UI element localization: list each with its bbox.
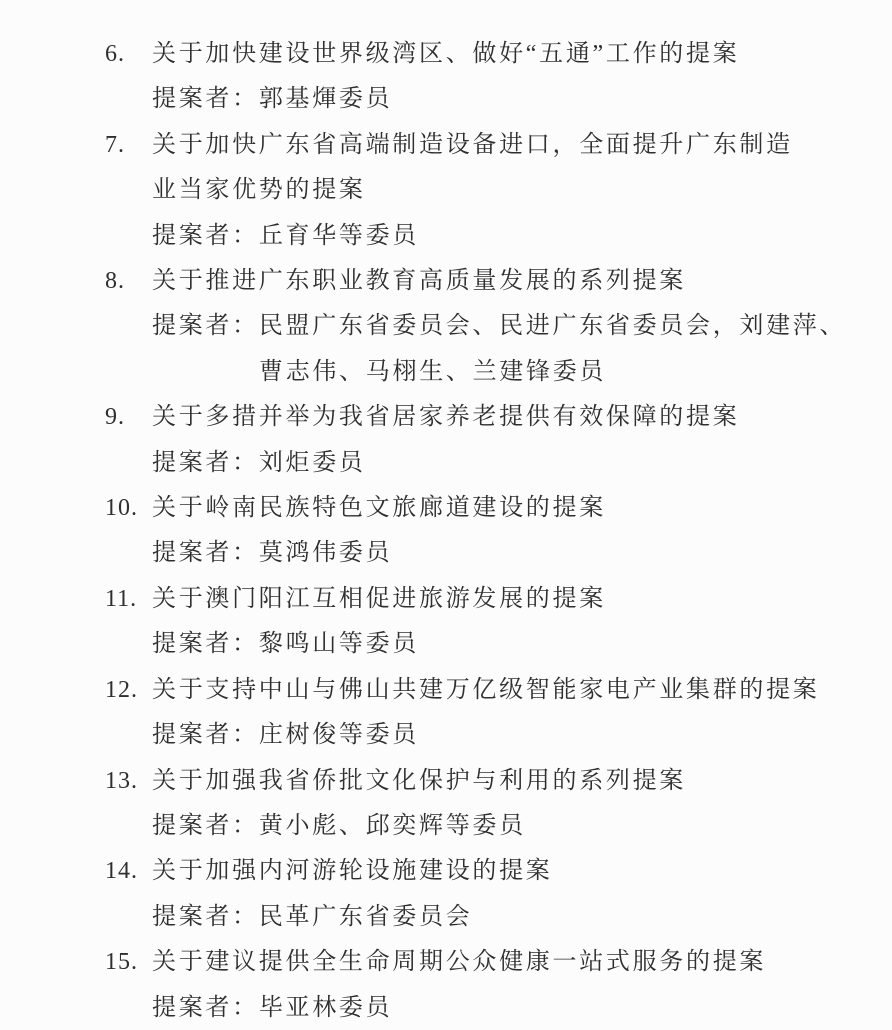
item-body: 关于多措并举为我省居家养老提供有效保障的提案 提案者： 刘炬委员 [152, 395, 882, 486]
proposer-label: 提案者： [152, 214, 259, 259]
proposer-label: 提案者： [152, 531, 259, 576]
proposer-names: 黄小彪、邱奕辉等委员 [259, 804, 526, 849]
proposal-title-line: 关于澳门阳江互相促进旅游发展的提案 [152, 577, 882, 622]
item-body: 关于加强我省侨批文化保护与利用的系列提案 提案者： 黄小彪、邱奕辉等委员 [152, 759, 882, 850]
item-body: 关于建议提供全生命周期公众健康一站式服务的提案 提案者： 毕亚林委员 [152, 940, 882, 1030]
item-body: 关于加强内河游轮设施建设的提案 提案者： 民革广东省委员会 [152, 849, 882, 940]
proposal-title-line: 关于推进广东职业教育高质量发展的系列提案 [152, 259, 882, 304]
item-body: 关于支持中山与佛山共建万亿级智能家电产业集群的提案 提案者： 庄树俊等委员 [152, 668, 882, 759]
proposer-line: 提案者： 毕亚林委员 [152, 986, 882, 1030]
proposer-names: 民盟广东省委员会、民进广东省委员会，刘建萍、 [259, 304, 846, 349]
proposal-title-line: 关于多措并举为我省居家养老提供有效保障的提案 [152, 395, 882, 440]
proposer-line: 提案者： 丘育华等委员 [152, 214, 882, 259]
item-body: 关于加快广东省高端制造设备进口，全面提升广东制造 业当家优势的提案 提案者： 丘… [152, 123, 882, 259]
proposer-line: 提案者： 黄小彪、邱奕辉等委员 [152, 804, 882, 849]
proposer-names: 黎鸣山等委员 [259, 622, 419, 667]
document-page: 6. 关于加快建设世界级湾区、做好“五通”工作的提案 提案者： 郭基煇委员 7.… [0, 0, 892, 1030]
proposal-title-line: 关于加快建设世界级湾区、做好“五通”工作的提案 [152, 32, 882, 77]
proposer-label: 提案者： [152, 441, 259, 486]
item-number: 13. [105, 759, 152, 804]
proposal-item: 8. 关于推进广东职业教育高质量发展的系列提案 提案者： 民盟广东省委员会、民进… [105, 259, 882, 395]
proposal-item: 12. 关于支持中山与佛山共建万亿级智能家电产业集群的提案 提案者： 庄树俊等委… [105, 668, 882, 759]
proposal-title-line: 关于加强我省侨批文化保护与利用的系列提案 [152, 759, 882, 804]
proposer-line: 提案者： 刘炬委员 [152, 441, 882, 486]
proposer-line: 提案者： 民盟广东省委员会、民进广东省委员会，刘建萍、 [152, 304, 882, 349]
item-number: 8. [105, 259, 152, 304]
proposer-label: 提案者： [152, 986, 259, 1030]
item-body: 关于加快建设世界级湾区、做好“五通”工作的提案 提案者： 郭基煇委员 [152, 32, 882, 123]
proposal-title-line: 关于加强内河游轮设施建设的提案 [152, 849, 882, 894]
proposer-label: 提案者： [152, 804, 259, 849]
proposer-line: 提案者： 庄树俊等委员 [152, 713, 882, 758]
item-number: 14. [105, 849, 152, 894]
proposer-label: 提案者： [152, 622, 259, 667]
proposer-names: 毕亚林委员 [259, 986, 393, 1030]
proposer-names: 刘炬委员 [259, 441, 366, 486]
proposal-title-line: 关于加快广东省高端制造设备进口，全面提升广东制造 [152, 123, 882, 168]
proposer-label: 提案者： [152, 713, 259, 758]
proposer-names: 郭基煇委员 [259, 77, 393, 122]
proposer-label: 提案者： [152, 77, 259, 122]
item-number: 7. [105, 123, 152, 168]
item-body: 关于推进广东职业教育高质量发展的系列提案 提案者： 民盟广东省委员会、民进广东省… [152, 259, 882, 395]
proposer-line: 提案者： 黎鸣山等委员 [152, 622, 882, 667]
proposer-label: 提案者： [152, 895, 259, 940]
item-number: 6. [105, 32, 152, 77]
item-number: 15. [105, 940, 152, 985]
item-number: 9. [105, 395, 152, 440]
item-number: 11. [105, 577, 152, 622]
proposer-names: 民革广东省委员会 [259, 895, 473, 940]
proposal-title-line: 关于岭南民族特色文旅廊道建设的提案 [152, 486, 882, 531]
proposal-item: 10. 关于岭南民族特色文旅廊道建设的提案 提案者： 莫鸿伟委员 [105, 486, 882, 577]
proposal-item: 14. 关于加强内河游轮设施建设的提案 提案者： 民革广东省委员会 [105, 849, 882, 940]
proposal-item: 15. 关于建议提供全生命周期公众健康一站式服务的提案 提案者： 毕亚林委员 [105, 940, 882, 1030]
proposal-item: 11. 关于澳门阳江互相促进旅游发展的提案 提案者： 黎鸣山等委员 [105, 577, 882, 668]
proposer-names: 庄树俊等委员 [259, 713, 419, 758]
proposer-line: 提案者： 莫鸿伟委员 [152, 531, 882, 576]
item-body: 关于岭南民族特色文旅廊道建设的提案 提案者： 莫鸿伟委员 [152, 486, 882, 577]
proposer-names: 丘育华等委员 [259, 214, 419, 259]
item-body: 关于澳门阳江互相促进旅游发展的提案 提案者： 黎鸣山等委员 [152, 577, 882, 668]
proposer-names: 莫鸿伟委员 [259, 531, 393, 576]
proposal-item: 7. 关于加快广东省高端制造设备进口，全面提升广东制造 业当家优势的提案 提案者… [105, 123, 882, 259]
proposal-title-line: 业当家优势的提案 [152, 168, 882, 213]
proposal-title-line: 关于建议提供全生命周期公众健康一站式服务的提案 [152, 940, 882, 985]
proposer-line: 提案者： 民革广东省委员会 [152, 895, 882, 940]
item-number: 12. [105, 668, 152, 713]
proposal-item: 6. 关于加快建设世界级湾区、做好“五通”工作的提案 提案者： 郭基煇委员 [105, 32, 882, 123]
proposal-item: 9. 关于多措并举为我省居家养老提供有效保障的提案 提案者： 刘炬委员 [105, 395, 882, 486]
proposal-title-line: 关于支持中山与佛山共建万亿级智能家电产业集群的提案 [152, 668, 882, 713]
proposer-label: 提案者： [152, 304, 259, 349]
proposer-line: 提案者： 郭基煇委员 [152, 77, 882, 122]
item-number: 10. [105, 486, 152, 531]
proposer-names-continued: 曹志伟、马栩生、兰建锋委员 [259, 350, 882, 395]
proposal-item: 13. 关于加强我省侨批文化保护与利用的系列提案 提案者： 黄小彪、邱奕辉等委员 [105, 759, 882, 850]
